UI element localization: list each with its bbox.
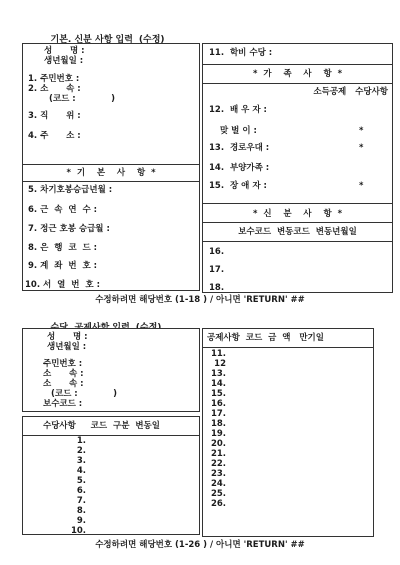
allowance-row-5: 5.: [23, 476, 86, 486]
section-header-status: * 신 분 사 항 *: [203, 209, 392, 219]
field-affiliation-code: (코드 : ): [51, 389, 117, 399]
divider: [203, 64, 392, 65]
allowance-row-7: 7.: [23, 496, 86, 506]
form2-instruction: 수정하려면 해당번호 (1-26 ) / 아니면 'RETURN' ##: [0, 540, 400, 550]
field-name: 성 명 :: [47, 332, 88, 342]
field-address: 4. 주 소 :: [28, 131, 81, 141]
allowance-row-4: 4.: [23, 466, 86, 476]
field-affiliation: 2. 소 속 :: [28, 84, 81, 94]
field-tuition-allowance: 11. 학비 수당 :: [209, 48, 272, 58]
deduction-row-19: 19.: [203, 429, 226, 439]
deduction-table-header: 공제사항 코드 금 액 만기일: [207, 333, 324, 343]
field-service-years: 6. 근 속 연 수 :: [28, 205, 97, 215]
field-pay-code: 보수코드 :: [43, 399, 82, 409]
deduction-row-15: 15.: [203, 389, 226, 399]
section-header-basic: * 기 본 사 항 *: [23, 168, 199, 178]
field-seq-number: 10. 서 열 번 호 :: [25, 280, 100, 290]
field-birthdate: 생년월일 :: [44, 56, 83, 66]
field-birthdate: 생년월일 :: [47, 342, 86, 352]
status-row-16: 16.: [209, 247, 224, 257]
deduction-row-26: 26.: [203, 499, 226, 509]
field-regular-step-month: 7. 정근 호봉 승급월 :: [28, 224, 110, 234]
deduction-row-18: 18.: [203, 419, 226, 429]
deduction-row-13: 13.: [203, 369, 226, 379]
allowance-row-9: 9.: [23, 516, 86, 526]
field-disabled: 15. 장 애 자 :: [209, 181, 267, 191]
field-name: 성 명 :: [44, 46, 85, 56]
deduction-row-11: 11.: [203, 349, 226, 359]
deduction-row-12: 12: [203, 359, 226, 369]
form1-instruction: 수정하려면 해당번호 (1-18 ) / 아니면 'RETURN' ##: [0, 295, 400, 305]
deduction-row-22: 22.: [203, 459, 226, 469]
allowance-row-3: 3.: [23, 456, 86, 466]
field-affiliation-code: (코드 : ): [49, 94, 115, 104]
deduction-row-23: 23.: [203, 469, 226, 479]
divider: [23, 181, 199, 182]
field-affiliation-1: 소 속 :: [43, 369, 84, 379]
family-columns-subheader: 소득공제 수당사항: [313, 87, 388, 97]
disabled-flag: *: [359, 181, 363, 191]
field-resident-number: 1. 주민번호 :: [28, 74, 79, 84]
field-affiliation-2: 소 속 :: [43, 379, 84, 389]
field-position: 3. 직 위 :: [28, 111, 81, 121]
status-columns-header: 보수코드 변동코드 변동년월일: [203, 227, 392, 237]
field-spouse: 12. 배 우 자 :: [209, 105, 267, 115]
status-row-18: 18.: [209, 283, 224, 293]
terminal-screen: 기본. 신분 사항 입력(수정) 성 명 : 생년월일 : 1. 주민번호 : …: [0, 0, 400, 565]
deduction-row-21: 21.: [203, 449, 226, 459]
field-dual-income: 맞 벌 이 :: [220, 126, 257, 136]
field-dependents: 14. 부양가족 :: [209, 163, 269, 173]
senior-flag: *: [359, 143, 363, 153]
field-senior: 13. 경로우대 :: [209, 143, 269, 153]
allowance-row-10: 10.: [23, 526, 86, 536]
divider: [203, 347, 373, 348]
deduction-row-17: 17.: [203, 409, 226, 419]
divider: [23, 164, 199, 165]
deduction-row-20: 20.: [203, 439, 226, 449]
allowance-row-2: 2.: [23, 446, 86, 456]
status-row-17: 17.: [209, 265, 224, 275]
deduction-row-14: 14.: [203, 379, 226, 389]
allowance-row-1: 1.: [23, 436, 86, 446]
field-resident-number: 주민번호 :: [43, 359, 82, 369]
deduction-row-16: 16.: [203, 399, 226, 409]
form1-right-panel: 11. 학비 수당 : * 가 족 사 항 * 소득공제 수당사항 12. 배 …: [202, 43, 393, 293]
field-account-number: 9. 계 좌 번 호 :: [28, 261, 97, 271]
deduction-row-24: 24.: [203, 479, 226, 489]
divider: [203, 83, 392, 84]
deduction-table: 공제사항 코드 금 액 만기일 11. 12 13. 14. 15. 16. 1…: [202, 328, 374, 537]
field-bank-code: 8. 은 행 코 드 :: [28, 243, 97, 253]
section-header-family: * 가 족 사 항 *: [203, 69, 392, 79]
divider: [203, 203, 392, 204]
deduction-row-25: 25.: [203, 489, 226, 499]
allowance-table: 수당사항 코드 구분 변동일 1. 2. 3. 4. 5. 6. 7. 8. 9…: [22, 416, 200, 535]
allowance-row-8: 8.: [23, 506, 86, 516]
field-next-step-date: 5. 차기호봉승급년월 :: [28, 185, 112, 195]
divider: [203, 241, 392, 242]
form2-left-panel: 성 명 : 생년월일 : 주민번호 : 소 속 : 소 속 : (코드 : ) …: [22, 328, 200, 412]
allowance-table-header: 수당사항 코드 구분 변동일: [43, 421, 160, 431]
form1-left-panel: 성 명 : 생년월일 : 1. 주민번호 : 2. 소 속 : (코드 : ) …: [22, 43, 200, 291]
dual-income-flag: *: [359, 126, 363, 136]
allowance-row-6: 6.: [23, 486, 86, 496]
divider: [203, 222, 392, 223]
